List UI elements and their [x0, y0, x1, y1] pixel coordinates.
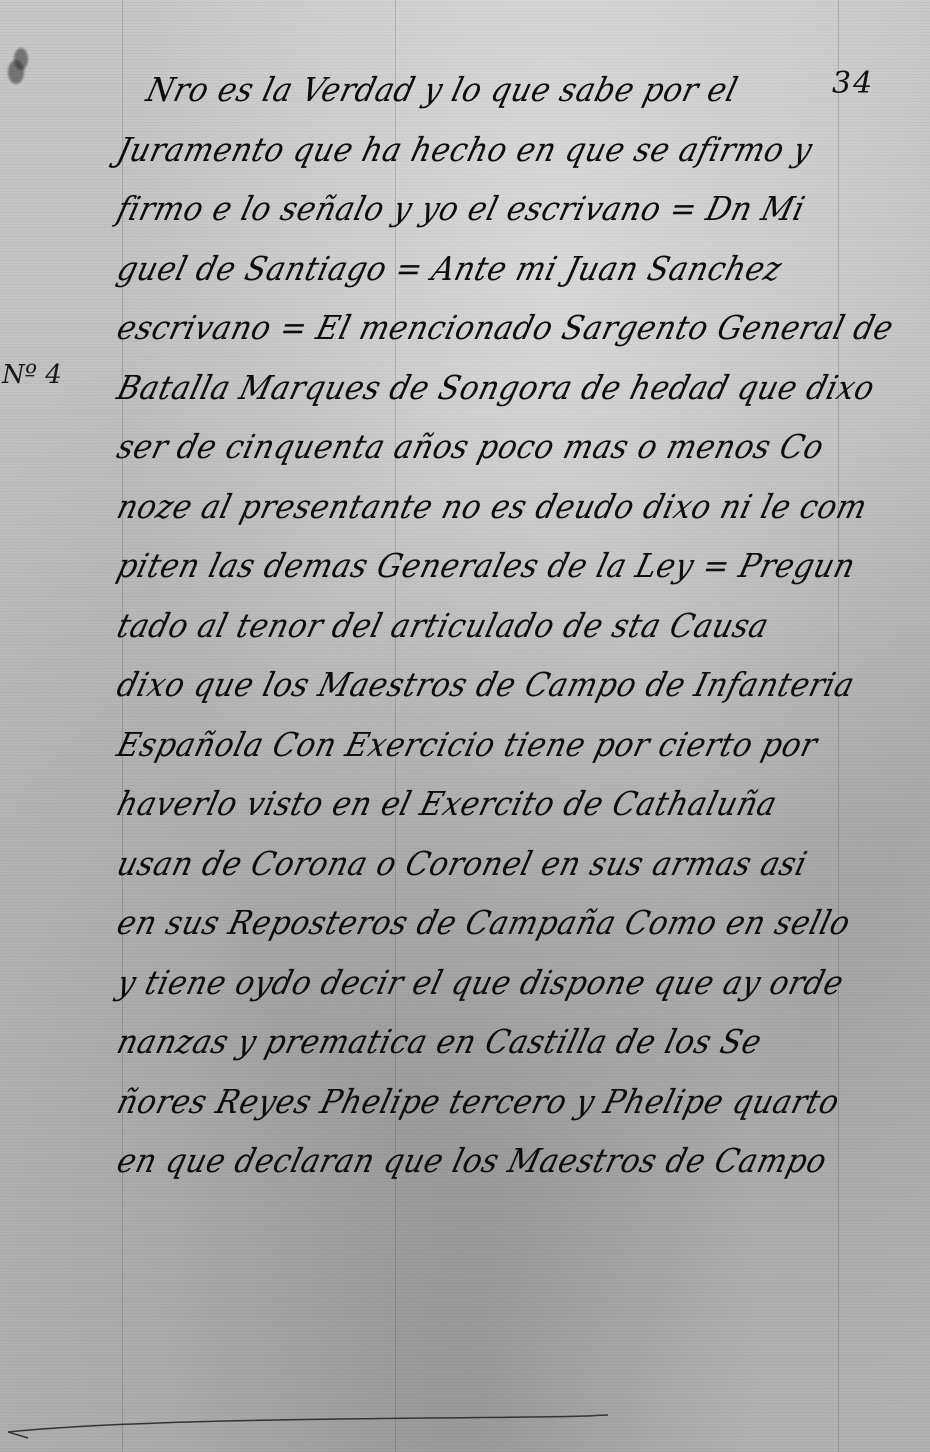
manuscript-line: en que declaran que los Maestros de Camp… — [111, 1131, 788, 1191]
manuscript-line: usan de Corona o Coronel en sus armas as… — [111, 834, 788, 894]
manuscript-line: tado al tenor del articulado de sta Caus… — [111, 596, 788, 656]
manuscript-line: firmo e lo señalo y yo el escrivano = Dn… — [111, 179, 788, 239]
manuscript-line: ser de cinquenta años poco mas o menos C… — [111, 417, 788, 477]
manuscript-line: guel de Santiago = Ante mi Juan Sanchez — [111, 239, 788, 299]
manuscript-line: piten las demas Generales de la Ley = Pr… — [111, 536, 788, 596]
manuscript-line: Nro es la Verdad y lo que sabe por el — [111, 60, 788, 120]
manuscript-line: ñores Reyes Phelipe tercero y Phelipe qu… — [111, 1072, 788, 1132]
manuscript-text-block: Nro es la Verdad y lo que sabe por el Ju… — [118, 60, 838, 1191]
ink-stain — [8, 60, 24, 84]
folio-number: 34 — [832, 66, 874, 101]
manuscript-line: nanzas y prematica en Castilla de los Se — [111, 1012, 788, 1072]
manuscript-line: en sus Reposteros de Campaña Como en sel… — [111, 893, 788, 953]
margin-note: Nº 4 — [2, 360, 62, 390]
manuscript-line: haverlo visto en el Exercito de Cathaluñ… — [111, 774, 788, 834]
manuscript-page: 34 Nº 4 Nro es la Verdad y lo que sabe p… — [0, 0, 930, 1452]
manuscript-line: escrivano = El mencionado Sargento Gener… — [111, 298, 788, 358]
manuscript-line: y tiene oydo decir el que dispone que ay… — [111, 953, 788, 1013]
manuscript-line: Juramento que ha hecho en que se afirmo … — [111, 120, 788, 180]
manuscript-line: Batalla Marques de Songora de hedad que … — [111, 358, 788, 418]
manuscript-line: Española Con Exercicio tiene por cierto … — [111, 715, 788, 775]
ink-flourish-icon — [8, 1410, 608, 1440]
paper-chain-line — [838, 0, 839, 1452]
manuscript-line: dixo que los Maestros de Campo de Infant… — [111, 655, 788, 715]
manuscript-line: noze al presentante no es deudo dixo ni … — [111, 477, 788, 537]
